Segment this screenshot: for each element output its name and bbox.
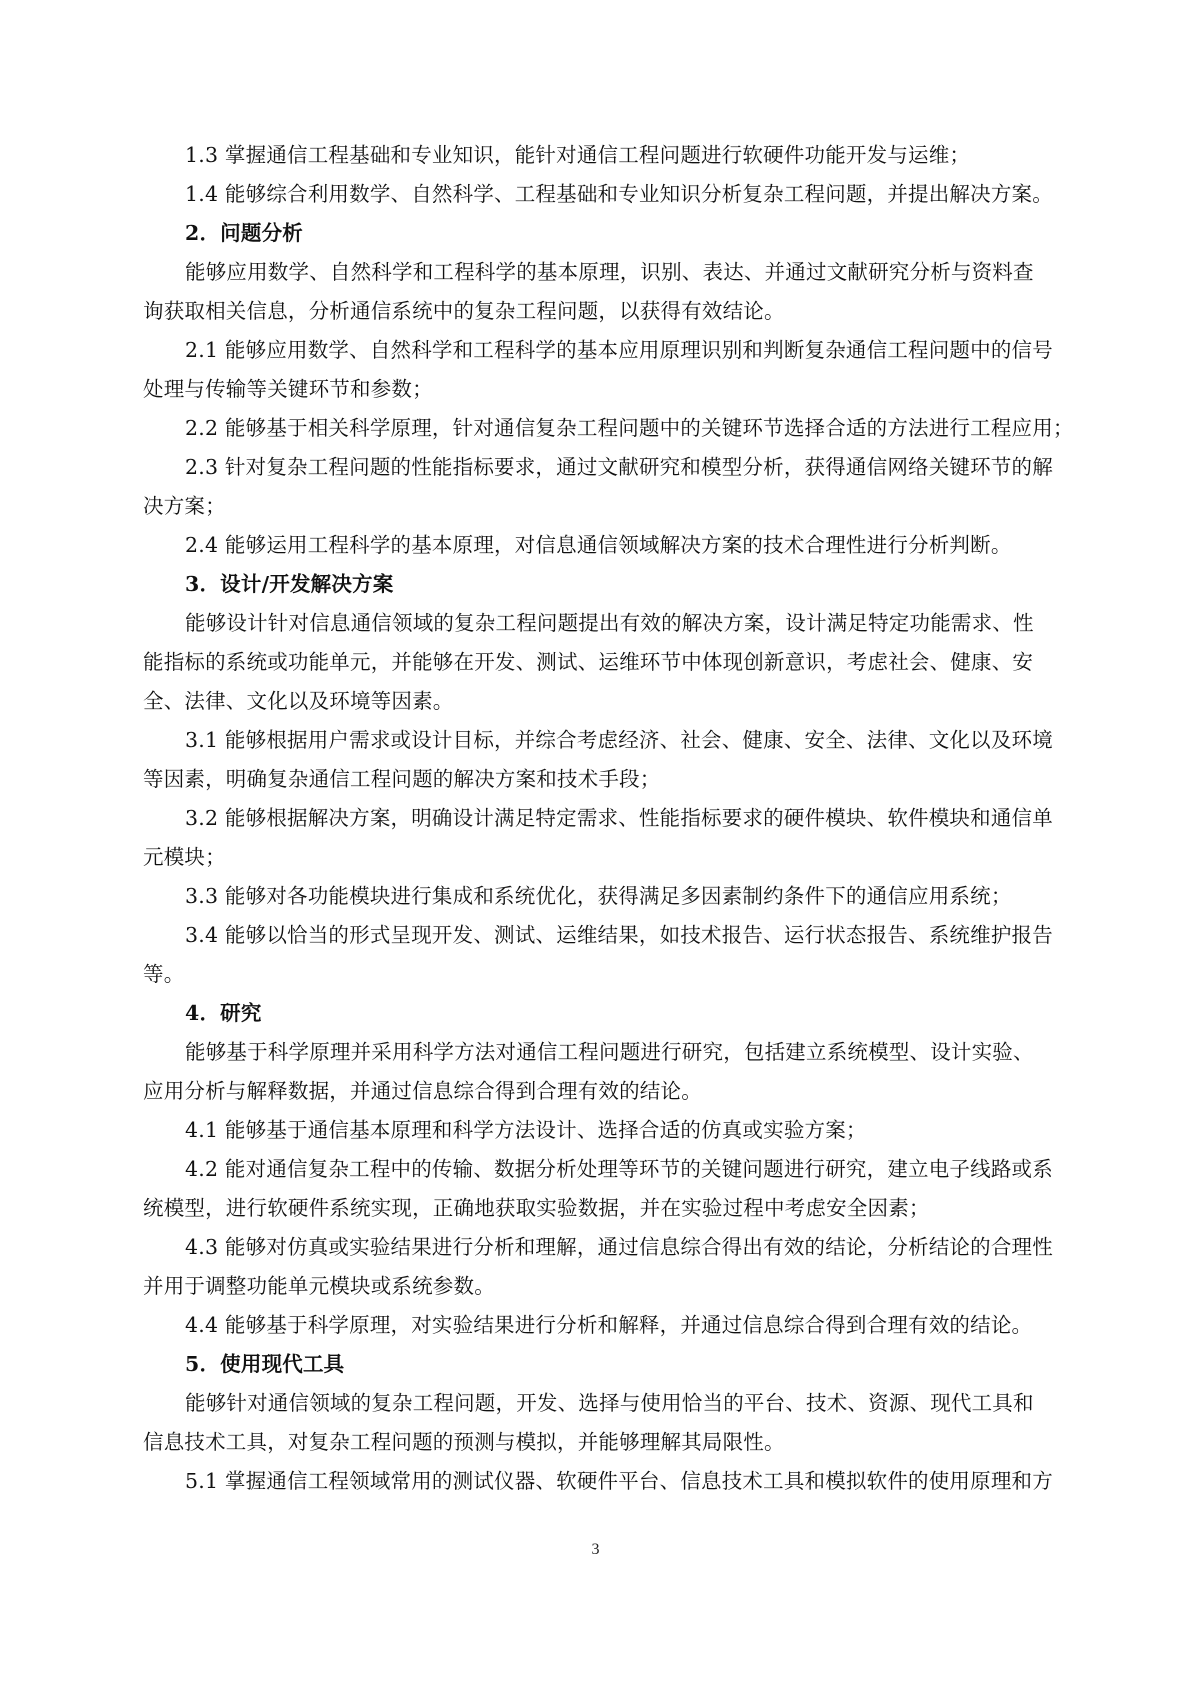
item-4-3: 4.3 能够对仿真或实验结果进行分析和理解，通过信息综合得出有效的结论，分析结论…: [143, 1228, 1053, 1267]
section-3-paragraph-line: 全、法律、文化以及环境等因素。: [143, 682, 1053, 721]
section-5-paragraph-line: 能够针对通信领域的复杂工程问题，开发、选择与使用恰当的平台、技术、资源、现代工具…: [143, 1384, 1053, 1423]
item-2-4: 2.4 能够运用工程科学的基本原理，对信息通信领域解决方案的技术合理性进行分析判…: [143, 526, 1053, 565]
section-3-paragraph-line: 能够设计针对信息通信领域的复杂工程问题提出有效的解决方案，设计满足特定功能需求、…: [143, 604, 1053, 643]
page-number: 3: [0, 1541, 1191, 1559]
item-3-1: 3.1 能够根据用户需求或设计目标，并综合考虑经济、社会、健康、安全、法律、文化…: [143, 721, 1053, 760]
item-4-2-continued: 统模型，进行软硬件系统实现，正确地获取实验数据，并在实验过程中考虑安全因素；: [143, 1189, 1053, 1228]
item-2-1-continued: 处理与传输等关键环节和参数；: [143, 370, 1053, 409]
item-5-1: 5.1 掌握通信工程领域常用的测试仪器、软硬件平台、信息技术工具和模拟软件的使用…: [143, 1462, 1053, 1501]
item-4-2: 4.2 能对通信复杂工程中的传输、数据分析处理等环节的关键问题进行研究，建立电子…: [143, 1150, 1053, 1189]
section-4-paragraph-line: 能够基于科学原理并采用科学方法对通信工程问题进行研究，包括建立系统模型、设计实验…: [143, 1033, 1053, 1072]
item-2-3: 2.3 针对复杂工程问题的性能指标要求，通过文献研究和模型分析，获得通信网络关键…: [143, 448, 1053, 487]
item-2-1: 2.1 能够应用数学、自然科学和工程科学的基本应用原理识别和判断复杂通信工程问题…: [143, 331, 1053, 370]
item-3-3: 3.3 能够对各功能模块进行集成和系统优化，获得满足多因素制约条件下的通信应用系…: [143, 877, 1053, 916]
section-heading-5: 5．使用现代工具: [143, 1345, 1053, 1384]
item-2-2: 2.2 能够基于相关科学原理，针对通信复杂工程问题中的关键环节选择合适的方法进行…: [143, 409, 1053, 448]
section-heading-3: 3．设计/开发解决方案: [143, 565, 1053, 604]
section-2-paragraph-line: 能够应用数学、自然科学和工程科学的基本原理，识别、表达、并通过文献研究分析与资料…: [143, 253, 1053, 292]
section-3-paragraph-line: 能指标的系统或功能单元，并能够在开发、测试、运维环节中体现创新意识，考虑社会、健…: [143, 643, 1053, 682]
item-2-3-continued: 决方案；: [143, 487, 1053, 526]
section-heading-2: 2．问题分析: [143, 214, 1053, 253]
section-heading-4: 4．研究: [143, 994, 1053, 1033]
section-2-paragraph-line: 询获取相关信息，分析通信系统中的复杂工程问题，以获得有效结论。: [143, 292, 1053, 331]
item-4-1: 4.1 能够基于通信基本原理和科学方法设计、选择合适的仿真或实验方案；: [143, 1111, 1053, 1150]
section-4-paragraph-line: 应用分析与解释数据，并通过信息综合得到合理有效的结论。: [143, 1072, 1053, 1111]
item-3-4: 3.4 能够以恰当的形式呈现开发、测试、运维结果，如技术报告、运行状态报告、系统…: [143, 916, 1053, 955]
page-body: 1.3 掌握通信工程基础和专业知识，能针对通信工程问题进行软硬件功能开发与运维；…: [143, 136, 1053, 1501]
section-5-paragraph-line: 信息技术工具，对复杂工程问题的预测与模拟，并能够理解其局限性。: [143, 1423, 1053, 1462]
item-3-4-continued: 等。: [143, 955, 1053, 994]
item-4-4: 4.4 能够基于科学原理，对实验结果进行分析和解释，并通过信息综合得到合理有效的…: [143, 1306, 1053, 1345]
item-1-4: 1.4 能够综合利用数学、自然科学、工程基础和专业知识分析复杂工程问题，并提出解…: [143, 175, 1053, 214]
item-3-2-continued: 元模块；: [143, 838, 1053, 877]
item-4-3-continued: 并用于调整功能单元模块或系统参数。: [143, 1267, 1053, 1306]
item-3-2: 3.2 能够根据解决方案，明确设计满足特定需求、性能指标要求的硬件模块、软件模块…: [143, 799, 1053, 838]
item-1-3: 1.3 掌握通信工程基础和专业知识，能针对通信工程问题进行软硬件功能开发与运维；: [143, 136, 1053, 175]
document-page: 1.3 掌握通信工程基础和专业知识，能针对通信工程问题进行软硬件功能开发与运维；…: [0, 0, 1191, 1684]
item-3-1-continued: 等因素，明确复杂通信工程问题的解决方案和技术手段；: [143, 760, 1053, 799]
